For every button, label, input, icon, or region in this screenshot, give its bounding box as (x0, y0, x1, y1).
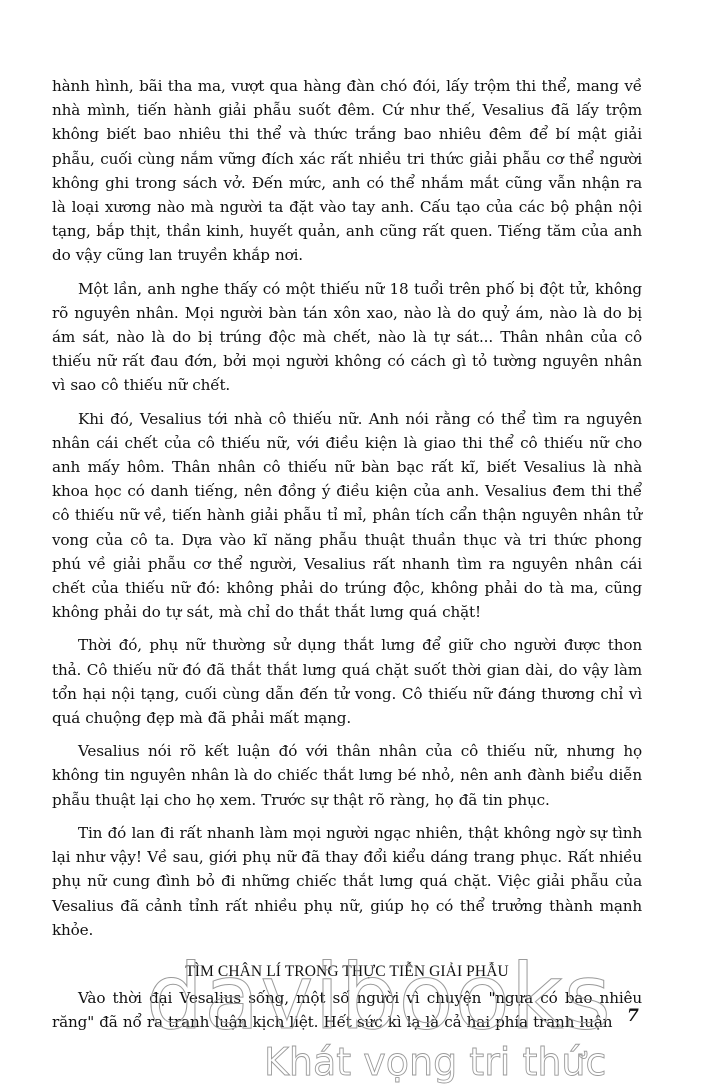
paragraph: Tin đó lan đi rất nhanh làm mọi người ng… (52, 821, 642, 942)
page-number: 7 (627, 1006, 639, 1026)
paragraph: Một lần, anh nghe thấy có một thiếu nữ 1… (52, 277, 642, 398)
section-heading: TÌM CHÂN LÍ TRONG THỰC TIỄN GIẢI PHẪU (52, 960, 642, 984)
paragraph-continued: hành hình, bãi tha ma, vượt qua hàng đàn… (52, 74, 642, 268)
paragraph: Khi đó, Vesalius tới nhà cô thiếu nữ. An… (52, 407, 642, 625)
paragraph: Thời đó, phụ nữ thường sử dụng thắt lưng… (52, 633, 642, 730)
watermark-tagline: Khát vọng tri thức (264, 1040, 606, 1084)
paragraph: Vesalius nói rõ kết luận đó với thân nhâ… (52, 739, 642, 812)
book-page: hành hình, bãi tha ma, vượt qua hàng đàn… (52, 74, 642, 1043)
paragraph: Vào thời đại Vesalius sống, một số người… (52, 986, 642, 1034)
